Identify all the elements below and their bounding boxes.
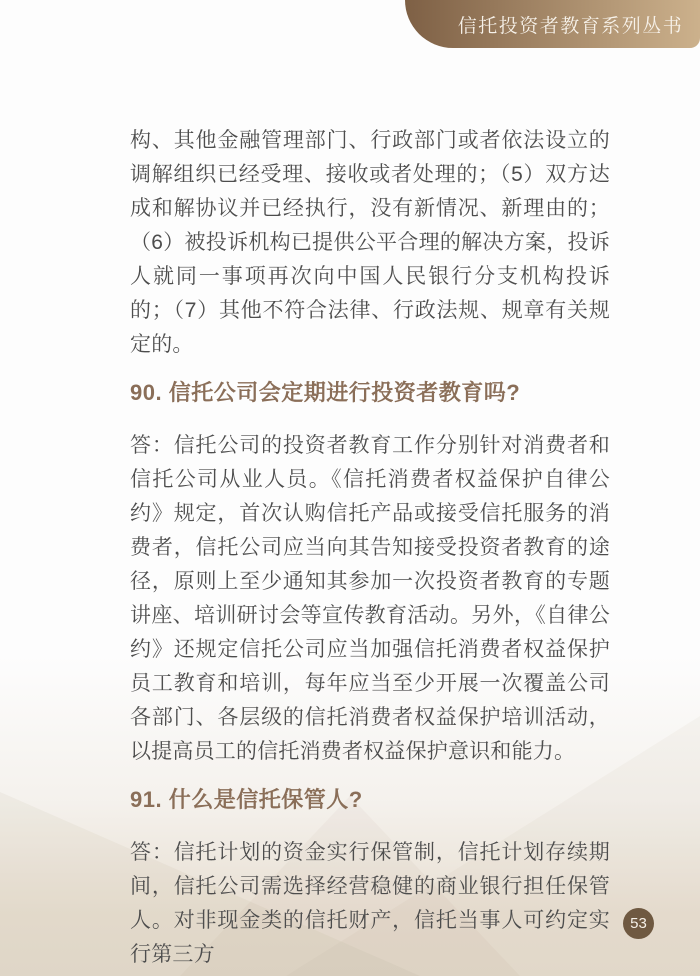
series-title: 信托投资者教育系列丛书 bbox=[458, 11, 684, 38]
section-91-body: 答：信托计划的资金实行保管制，信托计划存续期间，信托公司需选择经营稳健的商业银行… bbox=[130, 836, 610, 972]
section-90-body: 答：信托公司的投资者教育工作分别针对消费者和信托公司从业人员。《信托消费者权益保… bbox=[130, 429, 610, 769]
page-content: 构、其他金融管理部门、行政部门或者依法设立的调解组织已经受理、接收或者处理的；（… bbox=[130, 124, 610, 972]
page-number-badge: 53 bbox=[623, 908, 654, 939]
section-90-heading: 90. 信托公司会定期进行投资者教育吗? bbox=[130, 378, 610, 408]
section-91-heading: 91. 什么是信托保管人? bbox=[130, 785, 610, 815]
book-page: 信托投资者教育系列丛书 构、其他金融管理部门、行政部门或者依法设立的调解组织已经… bbox=[0, 0, 700, 976]
series-banner: 信托投资者教育系列丛书 bbox=[405, 0, 700, 48]
intro-paragraph: 构、其他金融管理部门、行政部门或者依法设立的调解组织已经受理、接收或者处理的；（… bbox=[130, 124, 610, 362]
